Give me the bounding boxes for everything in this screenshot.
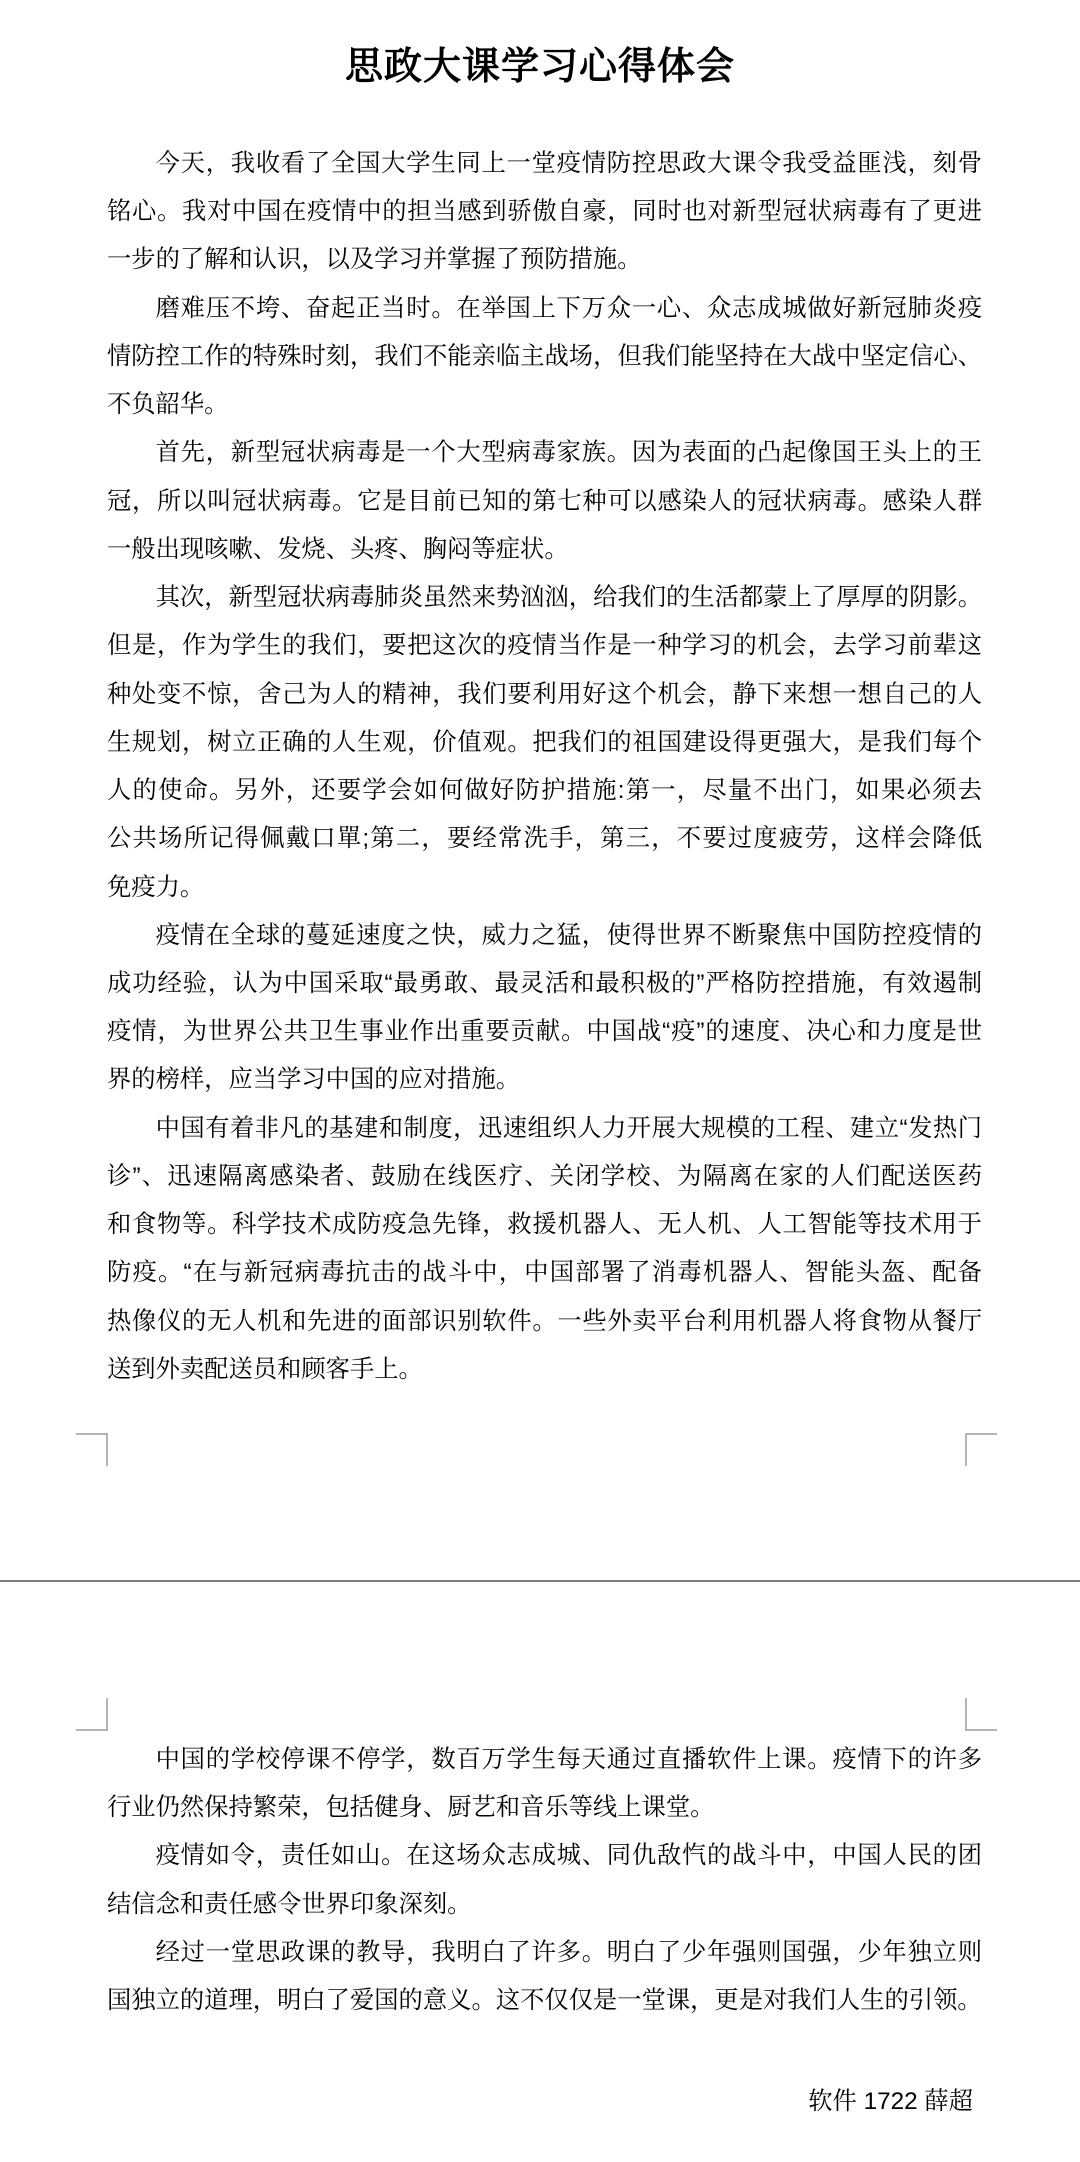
text-line: 其次，新型冠状病毒肺炎虽然来势汹汹，给我们的生活都蒙上了厚厚的阴影。 [107,574,982,622]
paragraph: 疫情如令，责任如山。在这场众志成城、同仇敌忾的战斗中，中国人民的团结信念和责任感… [107,1832,982,1928]
page1-bottom-left-margin-mark [76,1433,108,1466]
paragraph: 今天，我收看了全国大学生同上一堂疫情防控思政大课令我受益匪浅，刻骨铭心。我对中国… [107,140,982,285]
text-line: 情防控工作的特殊时刻，我们不能亲临主战场，但我们能坚持在大战中坚定信心、 [107,333,982,381]
page-2-text-area: 中国的学校停课不停学，数百万学生每天通过直播软件上课。疫情下的许多行业仍然保持繁… [107,1736,982,2025]
paragraph: 经过一堂思政课的教导，我明白了许多。明白了少年强则国强，少年独立则国独立的道理，… [107,1929,982,2025]
text-line: 铭心。我对中国在疫情中的担当感到骄傲自豪，同时也对新型冠状病毒有了更进 [107,188,982,236]
text-line: 国独立的道理，明白了爱国的意义。这不仅仅是一堂课，更是对我们人生的引领。 [107,1977,982,2025]
text-line: 疫情，为世界公共卫生事业作出重要贡献。中国战“疫”的速度、决心和力度是世 [107,1008,982,1056]
page2-top-right-margin-mark [965,1698,997,1731]
text-line: 公共场所记得佩戴口單;第二，要经常洗手，第三，不要过度疲劳，这样会降低 [107,815,982,863]
text-line: 界的榜样，应当学习中国的应对措施。 [107,1056,982,1104]
text-line: 成功经验，认为中国采取“最勇敢、最灵活和最积极的”严格防控措施，有效遏制 [107,960,982,1008]
text-line: 但是，作为学生的我们，要把这次的疫情当作是一种学习的机会，去学习前辈这 [107,622,982,670]
paragraph: 中国的学校停课不停学，数百万学生每天通过直播软件上课。疫情下的许多行业仍然保持繁… [107,1736,982,1832]
paragraph: 中国有着非凡的基建和制度，迅速组织人力开展大规模的工程、建立“发热门诊”、迅速隔… [107,1105,982,1394]
text-line: 疫情如令，责任如山。在这场众志成城、同仇敌忾的战斗中，中国人民的团 [107,1832,982,1880]
text-line: 防疫。“在与新冠病毒抗击的战斗中，中国部署了消毒机器人、智能头盔、配备 [107,1249,982,1297]
text-line: 首先，新型冠状病毒是一个大型病毒家族。因为表面的凸起像国王头上的王 [107,429,982,477]
paragraph: 首先，新型冠状病毒是一个大型病毒家族。因为表面的凸起像国王头上的王冠，所以叫冠状… [107,429,982,574]
text-line: 一步的了解和认识，以及学习并掌握了预防措施。 [107,236,982,284]
text-line: 生规划，树立正确的人生观，价值观。把我们的祖国建设得更强大，是我们每个 [107,719,982,767]
text-line: 不负韶华。 [107,381,982,429]
text-line: 种处变不惊，舍己为人的精神，我们要利用好这个机会，静下来想一想自己的人 [107,671,982,719]
text-line: 冠，所以叫冠状病毒。它是目前已知的第七种可以感染人的冠状病毒。感染人群 [107,478,982,526]
text-line: 人的使命。另外，还要学会如何做好防护措施:第一，尽量不出门，如果必须去 [107,767,982,815]
page-break-divider [0,1580,1080,1582]
page2-top-left-margin-mark [76,1698,108,1731]
text-line: 经过一堂思政课的教导，我明白了许多。明白了少年强则国强，少年独立则 [107,1929,982,1977]
page-1-text-area: 今天，我收看了全国大学生同上一堂疫情防控思政大课令我受益匪浅，刻骨铭心。我对中国… [107,140,982,1394]
text-line: 磨难压不垮、奋起正当时。在举国上下万众一心、众志成城做好新冠肺炎疫 [107,285,982,333]
text-line: 送到外卖配送员和顾客手上。 [107,1346,982,1394]
text-line: 结信念和责任感令世界印象深刻。 [107,1881,982,1929]
text-line: 一般出现咳嗽、发烧、头疼、胸闷等症状。 [107,526,982,574]
paragraph: 磨难压不垮、奋起正当时。在举国上下万众一心、众志成城做好新冠肺炎疫情防控工作的特… [107,285,982,430]
page1-bottom-right-margin-mark [965,1433,997,1466]
paragraph: 其次，新型冠状病毒肺炎虽然来势汹汹，给我们的生活都蒙上了厚厚的阴影。但是，作为学… [107,574,982,912]
text-line: 行业仍然保持繁荣，包括健身、厨艺和音乐等线上课堂。 [107,1784,982,1832]
text-line: 热像仪的无人机和先进的面部识别软件。一些外卖平台利用机器人将食物从餐厅 [107,1298,982,1346]
text-line: 诊”、迅速隔离感染者、鼓励在线医疗、关闭学校、为隔离在家的人们配送医药 [107,1153,982,1201]
text-line: 和食物等。科学技术成防疫急先锋，救援机器人、无人机、人工智能等技术用于 [107,1201,982,1249]
text-line: 疫情在全球的蔓延速度之快，威力之猛，使得世界不断聚焦中国防控疫情的 [107,912,982,960]
text-line: 免疫力。 [107,864,982,912]
text-line: 今天，我收看了全国大学生同上一堂疫情防控思政大课令我受益匪浅，刻骨 [107,140,982,188]
text-line: 中国的学校停课不停学，数百万学生每天通过直播软件上课。疫情下的许多 [107,1736,982,1784]
document-title: 思政大课学习心得体会 [0,44,1080,90]
author-signature: 软件 1722 薛超 [107,2078,973,2126]
paragraph: 疫情在全球的蔓延速度之快，威力之猛，使得世界不断聚焦中国防控疫情的成功经验，认为… [107,912,982,1105]
text-line: 中国有着非凡的基建和制度，迅速组织人力开展大规模的工程、建立“发热门 [107,1105,982,1153]
